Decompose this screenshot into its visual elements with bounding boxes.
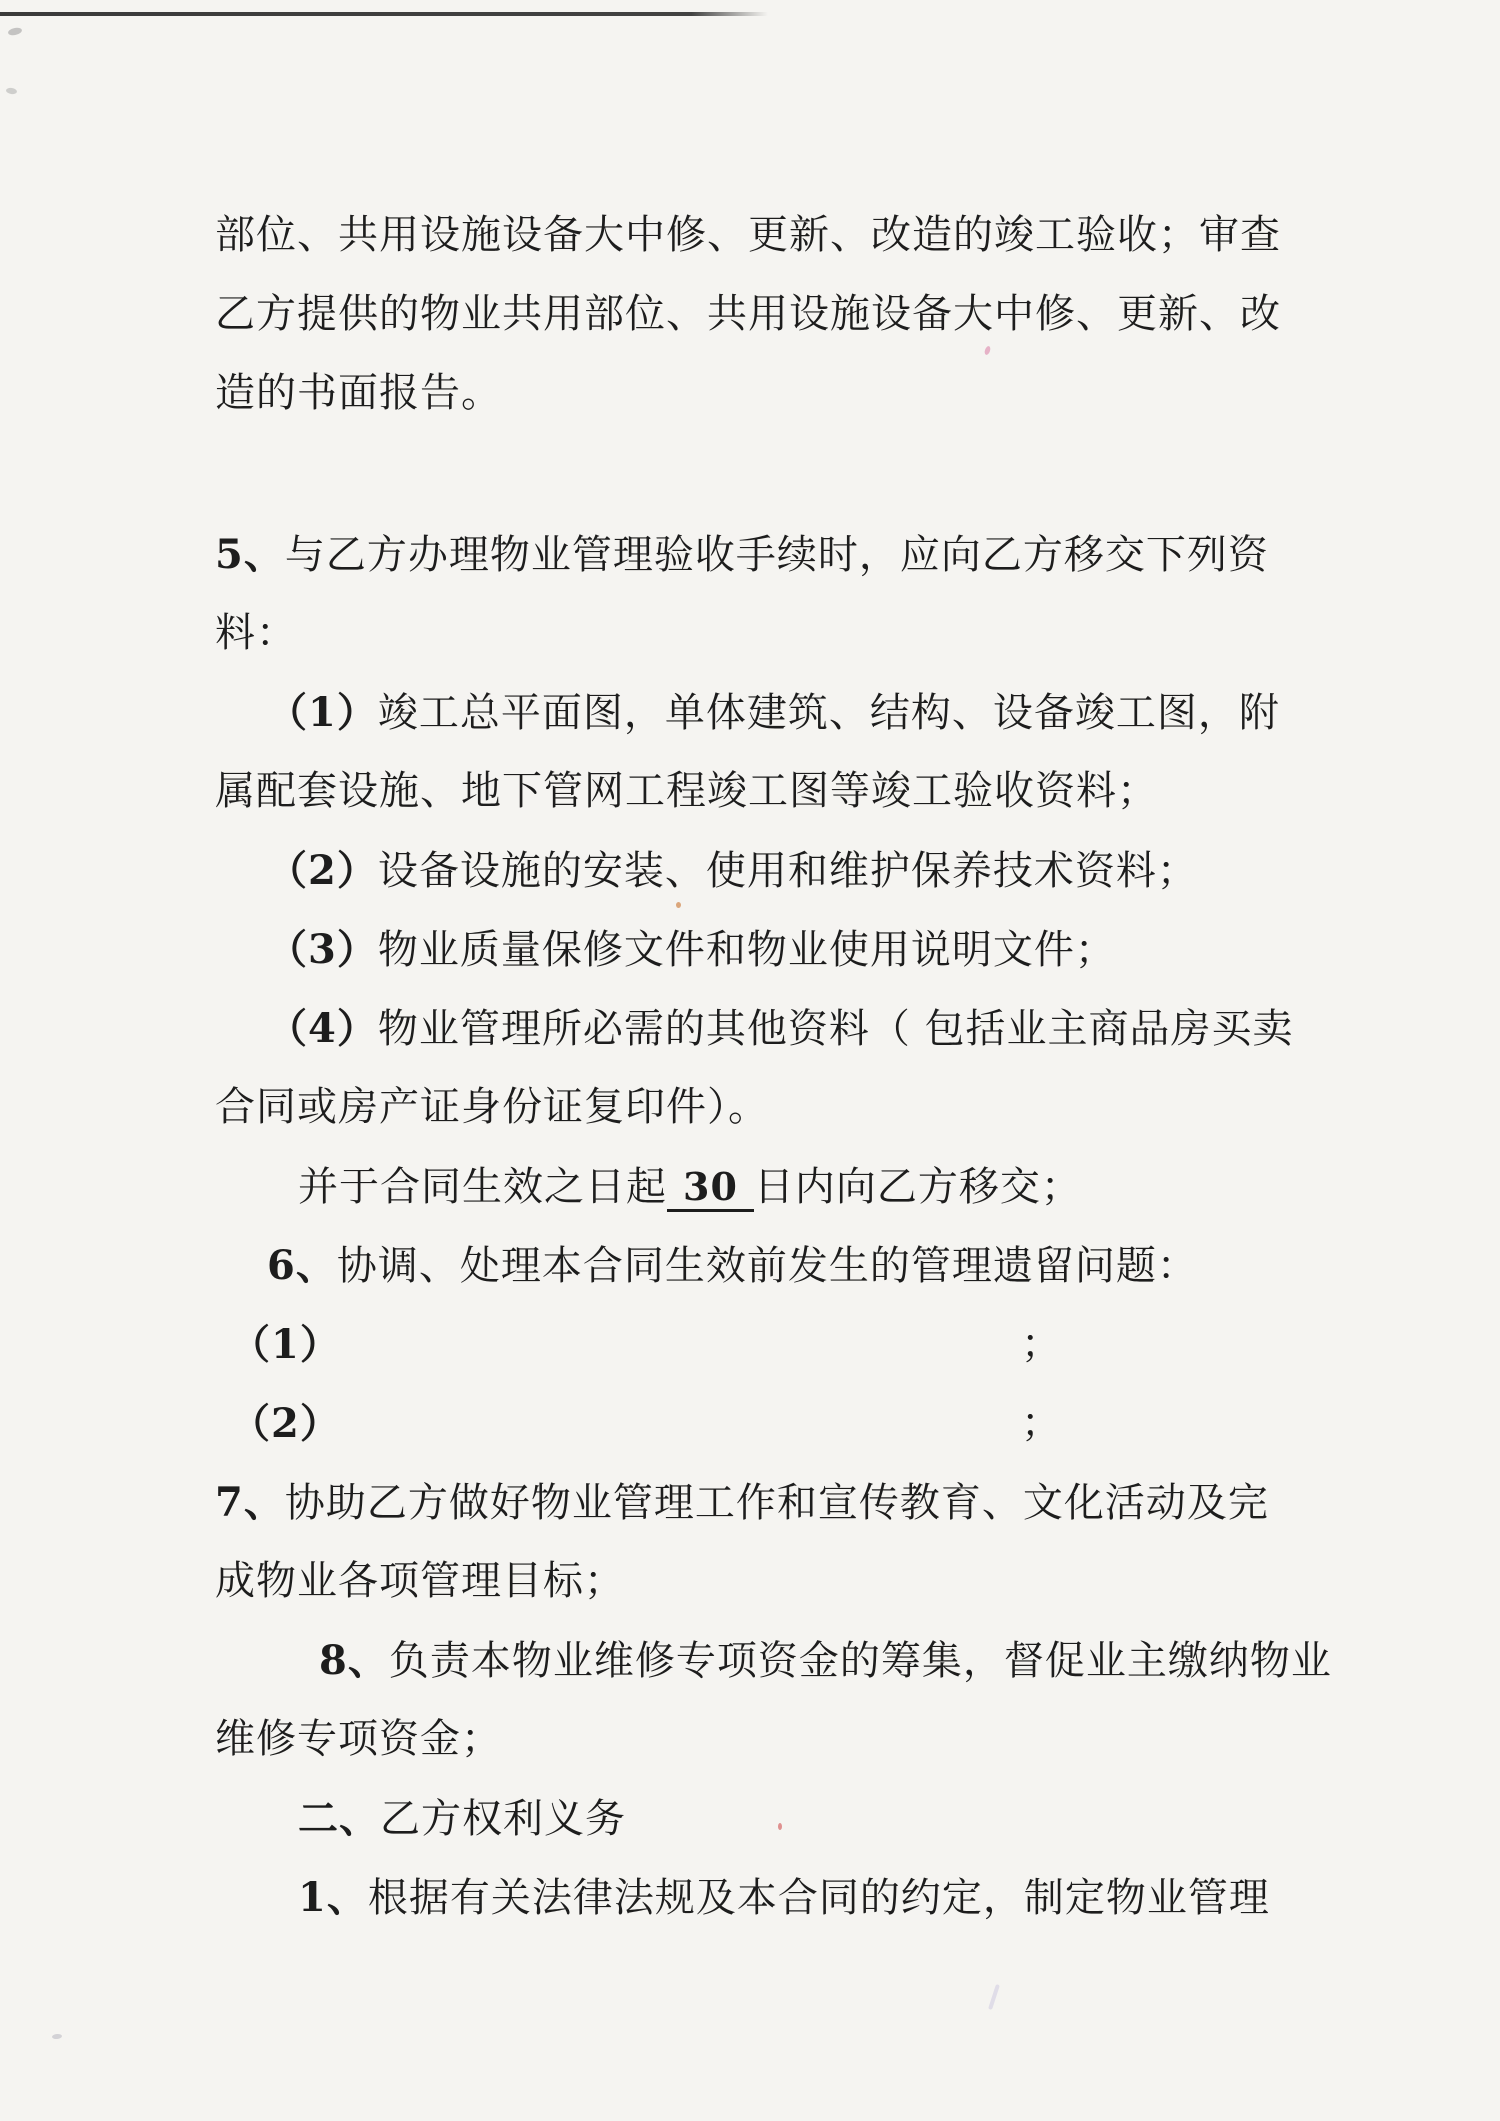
- clause-number: 1、: [298, 1874, 368, 1921]
- line-text: 竣工总平面图，单体建筑、结构、设备竣工图，附: [378, 690, 1280, 736]
- line-text: 成物业各项管理目标；: [215, 1558, 625, 1604]
- scan-speck: [7, 27, 22, 37]
- blank-item-label: （1）: [230, 1305, 341, 1384]
- scanned-contract-page: 部位、共用设施设备大中修、更新、改造的竣工验收；审查 乙方提供的物业共用部位、共…: [0, 0, 1500, 2121]
- handover-deadline-line: 并于合同生效之日起30日内向乙方移交；: [298, 1147, 1345, 1226]
- contract-line: 成物业各项管理目标；: [215, 1542, 1345, 1621]
- line-text: 物业管理所必需的其他资料（ 包括业主商品房买卖: [378, 1006, 1294, 1052]
- subitem-number: （2）: [267, 847, 378, 894]
- subitem-number: （3）: [267, 926, 378, 973]
- blank-item-terminator: ；: [1021, 1384, 1062, 1463]
- section-2-heading-line: 二、乙方权利义务: [298, 1779, 1345, 1858]
- clause-number: 7、: [215, 1479, 285, 1526]
- subitem-number: （1）: [267, 689, 378, 736]
- line-text: 乙方提供的物业共用部位、共用设施设备大中修、更新、改: [215, 291, 1281, 337]
- scan-speck: [52, 2033, 62, 2039]
- line-text: 料：: [215, 610, 297, 656]
- contract-subitem-4-line: （4）物业管理所必需的其他资料（ 包括业主商品房买卖: [267, 989, 1345, 1068]
- contract-clause-6-line: 6、协调、处理本合同生效前发生的管理遗留问题：: [267, 1226, 1345, 1305]
- scan-speck: [988, 1984, 1000, 2010]
- line-text: 并于合同生效之日起: [298, 1164, 667, 1210]
- contract-line: 乙方提供的物业共用部位、共用设施设备大中修、更新、改: [215, 275, 1345, 354]
- subitem-number: （4）: [267, 1005, 378, 1052]
- contract-line: 维修专项资金；: [215, 1700, 1345, 1779]
- blank-fill-item-2-line: （2）；: [230, 1384, 1062, 1463]
- line-text: 维修专项资金；: [215, 1716, 502, 1762]
- line-text: 日内向乙方移交；: [754, 1164, 1082, 1210]
- contract-clause-7-line: 7、协助乙方做好物业管理工作和宣传教育、文化活动及完: [215, 1463, 1345, 1542]
- clause-number: 5、: [215, 531, 285, 578]
- line-text: 设备设施的安装、使用和维护保养技术资料；: [378, 848, 1198, 894]
- section-number: 二、: [298, 1795, 380, 1842]
- contract-subitem-1-line: （1）竣工总平面图，单体建筑、结构、设备竣工图，附: [267, 673, 1345, 752]
- line-text: 根据有关法律法规及本合同的约定，制定物业管理: [368, 1875, 1270, 1921]
- contract-line: 部位、共用设施设备大中修、更新、改造的竣工验收；审查: [215, 196, 1345, 275]
- contract-line: 属配套设施、地下管网工程竣工图等竣工验收资料；: [215, 752, 1345, 831]
- contract-line: 合同或房产证身份证复印件）。: [215, 1068, 1345, 1147]
- clause-number: 6、: [267, 1242, 337, 1289]
- contract-subitem-2-line: （2）设备设施的安装、使用和维护保养技术资料；: [267, 831, 1345, 910]
- filled-blank-days-value: 30: [667, 1164, 754, 1212]
- blank-item-terminator: ；: [1021, 1305, 1062, 1384]
- scan-speck: [6, 87, 18, 94]
- contract-line: 料：: [215, 594, 1345, 673]
- line-text: 合同或房产证身份证复印件）。: [215, 1084, 769, 1130]
- scan-artifact-top-line: [0, 12, 768, 16]
- line-text: 部位、共用设施设备大中修、更新、改造的竣工验收；审查: [215, 212, 1281, 258]
- blank-item-label: （2）: [230, 1384, 341, 1463]
- line-text: 属配套设施、地下管网工程竣工图等竣工验收资料；: [215, 768, 1158, 814]
- line-text: 造的书面报告。: [215, 370, 502, 416]
- line-text: 物业质量保修文件和物业使用说明文件；: [378, 927, 1116, 973]
- clause-number: 8、: [319, 1637, 389, 1684]
- contract-clause-5-line: 5、与乙方办理物业管理验收手续时，应向乙方移交下列资: [215, 515, 1345, 594]
- line-text: 协调、处理本合同生效前发生的管理遗留问题：: [337, 1243, 1198, 1289]
- contract-line: 造的书面报告。: [215, 354, 1345, 433]
- contract-subitem-3-line: （3）物业质量保修文件和物业使用说明文件；: [267, 910, 1345, 989]
- line-text: 乙方权利义务: [380, 1796, 626, 1842]
- contract-clause-8-line: 8、负责本物业维修专项资金的筹集，督促业主缴纳物业: [319, 1621, 1345, 1700]
- blank-fill-item-1-line: （1）；: [230, 1305, 1062, 1384]
- contract-text-block: 部位、共用设施设备大中修、更新、改造的竣工验收；审查 乙方提供的物业共用部位、共…: [215, 196, 1345, 1937]
- line-text: 协助乙方做好物业管理工作和宣传教育、文化活动及完: [285, 1480, 1269, 1526]
- section-2-clause-1-line: 1、根据有关法律法规及本合同的约定，制定物业管理: [298, 1858, 1345, 1937]
- line-text: 负责本物业维修专项资金的筹集，督促业主缴纳物业: [389, 1638, 1332, 1684]
- line-text: 与乙方办理物业管理验收手续时，应向乙方移交下列资: [285, 532, 1269, 578]
